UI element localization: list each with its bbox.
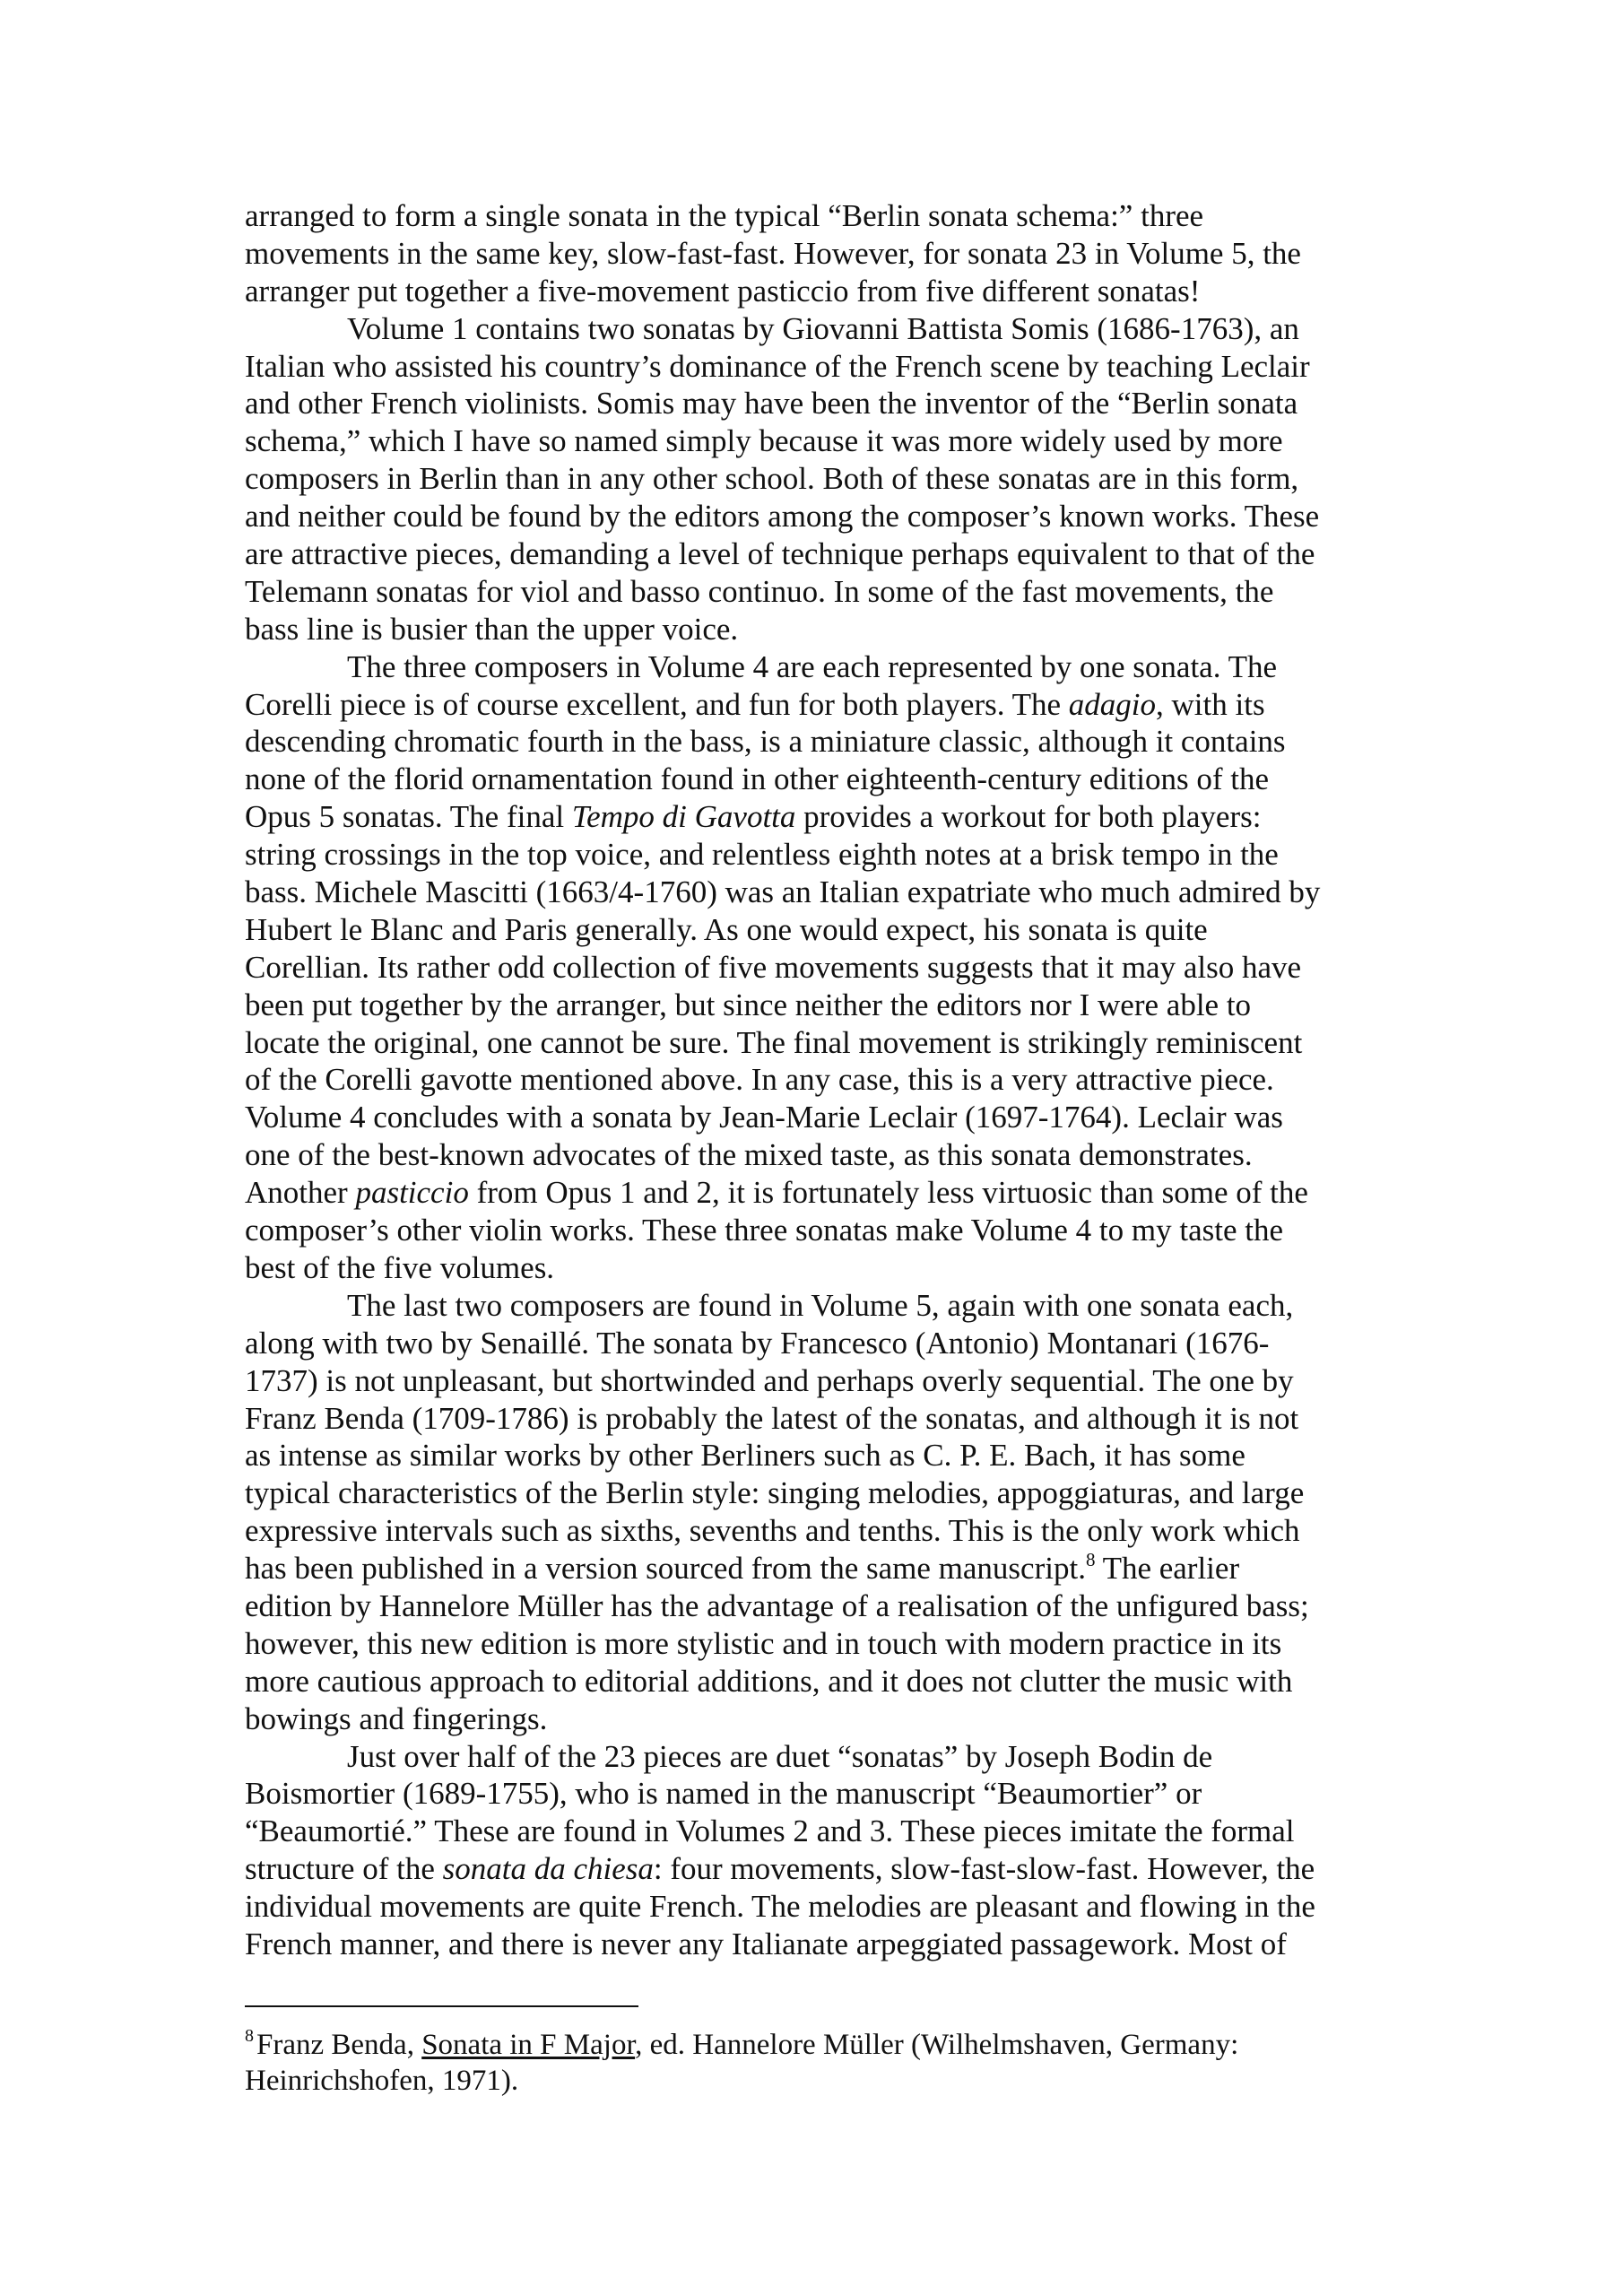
text-line: Opus 5 sonatas. The final Tempo di Gavot… — [245, 798, 1320, 836]
text-run: provides a workout for both players: — [795, 799, 1261, 834]
text-line: are attractive pieces, demanding a level… — [245, 535, 1320, 573]
text-line: Volume 4 concludes with a sonata by Jean… — [245, 1099, 1320, 1136]
italic-term-tempo-di-gavotta: Tempo di Gavotta — [572, 799, 796, 834]
text-line: edition by Hannelore Müller has the adva… — [245, 1587, 1320, 1625]
paragraph-first-line: The three composers in Volume 4 are each… — [245, 648, 1320, 686]
text-line: French manner, and there is never any It… — [245, 1926, 1320, 1963]
text-line: none of the florid ornamentation found i… — [245, 761, 1320, 798]
text-run: from Opus 1 and 2, it is fortunately les… — [469, 1175, 1308, 1210]
paragraph-first-line: Just over half of the 23 pieces are duet… — [245, 1738, 1320, 1776]
text-line: Italian who assisted his country’s domin… — [245, 348, 1320, 386]
text-line: as intense as similar works by other Ber… — [245, 1437, 1320, 1474]
text-line: descending chromatic fourth in the bass,… — [245, 723, 1320, 761]
text-line: bowings and fingerings. — [245, 1700, 1320, 1738]
text-line: Corellian. Its rather odd collection of … — [245, 949, 1320, 987]
text-line: expressive intervals such as sixths, sev… — [245, 1512, 1320, 1550]
text-line: 1737) is not unpleasant, but shortwinded… — [245, 1362, 1320, 1400]
text-line: composers in Berlin than in any other sc… — [245, 460, 1320, 498]
text-line: Franz Benda (1709-1786) is probably the … — [245, 1400, 1320, 1438]
text-line: Another pasticcio from Opus 1 and 2, it … — [245, 1174, 1320, 1212]
text-line: structure of the sonata da chiesa: four … — [245, 1850, 1320, 1888]
text-line: and neither could be found by the editor… — [245, 498, 1320, 535]
text-line: composer’s other violin works. These thr… — [245, 1212, 1320, 1249]
footnote-reference-8[interactable]: 8 — [1086, 1549, 1096, 1570]
text-run: Opus 5 sonatas. The final — [245, 799, 572, 834]
text-line: has been published in a version sourced … — [245, 1550, 1320, 1587]
text-run: The earlier — [1095, 1551, 1239, 1586]
footnote-line: 8Franz Benda, Sonata in F Major, ed. Han… — [245, 2027, 1238, 2063]
text-line: string crossings in the top voice, and r… — [245, 836, 1320, 874]
text-line: Boismortier (1689-1755), who is named in… — [245, 1775, 1320, 1813]
body-text: arranged to form a single sonata in the … — [245, 197, 1320, 1963]
text-line: typical characteristics of the Berlin st… — [245, 1474, 1320, 1512]
text-line: one of the best-known advocates of the m… — [245, 1136, 1320, 1174]
text-run: structure of the — [245, 1851, 443, 1886]
footnote-title-underlined: Sonata in F Major — [421, 2029, 635, 2061]
text-line: individual movements are quite French. T… — [245, 1888, 1320, 1926]
text-run: Another — [245, 1175, 355, 1210]
text-line: more cautious approach to editorial addi… — [245, 1663, 1320, 1700]
text-line: arranger put together a five-movement pa… — [245, 273, 1320, 310]
text-line: bass line is busier than the upper voice… — [245, 611, 1320, 648]
text-line: schema,” which I have so named simply be… — [245, 422, 1320, 460]
text-line: “Beaumortié.” These are found in Volumes… — [245, 1813, 1320, 1850]
text-line: best of the five volumes. — [245, 1249, 1320, 1287]
italic-term-adagio: adagio — [1069, 687, 1156, 722]
text-line: bass. Michele Mascitti (1663/4-1760) was… — [245, 874, 1320, 911]
footnote-number: 8 — [245, 2026, 254, 2046]
paragraph-first-line: The last two composers are found in Volu… — [245, 1287, 1320, 1325]
text-line: movements in the same key, slow-fast-fas… — [245, 235, 1320, 273]
italic-term-sonata-da-chiesa: sonata da chiesa — [443, 1851, 654, 1886]
footnote-8: 8Franz Benda, Sonata in F Major, ed. Han… — [245, 2027, 1238, 2099]
paragraph-first-line: Volume 1 contains two sonatas by Giovann… — [245, 310, 1320, 348]
text-run: has been published in a version sourced … — [245, 1551, 1086, 1586]
footnote-separator-rule — [245, 2005, 638, 2007]
text-run: , with its — [1156, 687, 1265, 722]
footnote-text: , ed. Hannelore Müller (Wilhelmshaven, G… — [635, 2029, 1238, 2061]
text-line: of the Corelli gavotte mentioned above. … — [245, 1061, 1320, 1099]
document-page: arranged to form a single sonata in the … — [0, 0, 1623, 2296]
text-run: : four movements, slow-fast-slow-fast. H… — [654, 1851, 1315, 1886]
text-line: along with two by Senaillé. The sonata b… — [245, 1325, 1320, 1362]
text-line: arranged to form a single sonata in the … — [245, 197, 1320, 235]
text-run: Corelli piece is of course excellent, an… — [245, 687, 1069, 722]
italic-term-pasticcio: pasticcio — [355, 1175, 468, 1210]
text-line: locate the original, one cannot be sure.… — [245, 1024, 1320, 1062]
footnote-line: Heinrichshofen, 1971). — [245, 2063, 1238, 2099]
text-line: and other French violinists. Somis may h… — [245, 385, 1320, 422]
text-line: Telemann sonatas for viol and basso cont… — [245, 573, 1320, 611]
footnote-text: Franz Benda, — [256, 2029, 421, 2061]
text-line: however, this new edition is more stylis… — [245, 1625, 1320, 1663]
text-line: been put together by the arranger, but s… — [245, 987, 1320, 1024]
text-line: Hubert le Blanc and Paris generally. As … — [245, 911, 1320, 949]
text-line: Corelli piece is of course excellent, an… — [245, 686, 1320, 724]
